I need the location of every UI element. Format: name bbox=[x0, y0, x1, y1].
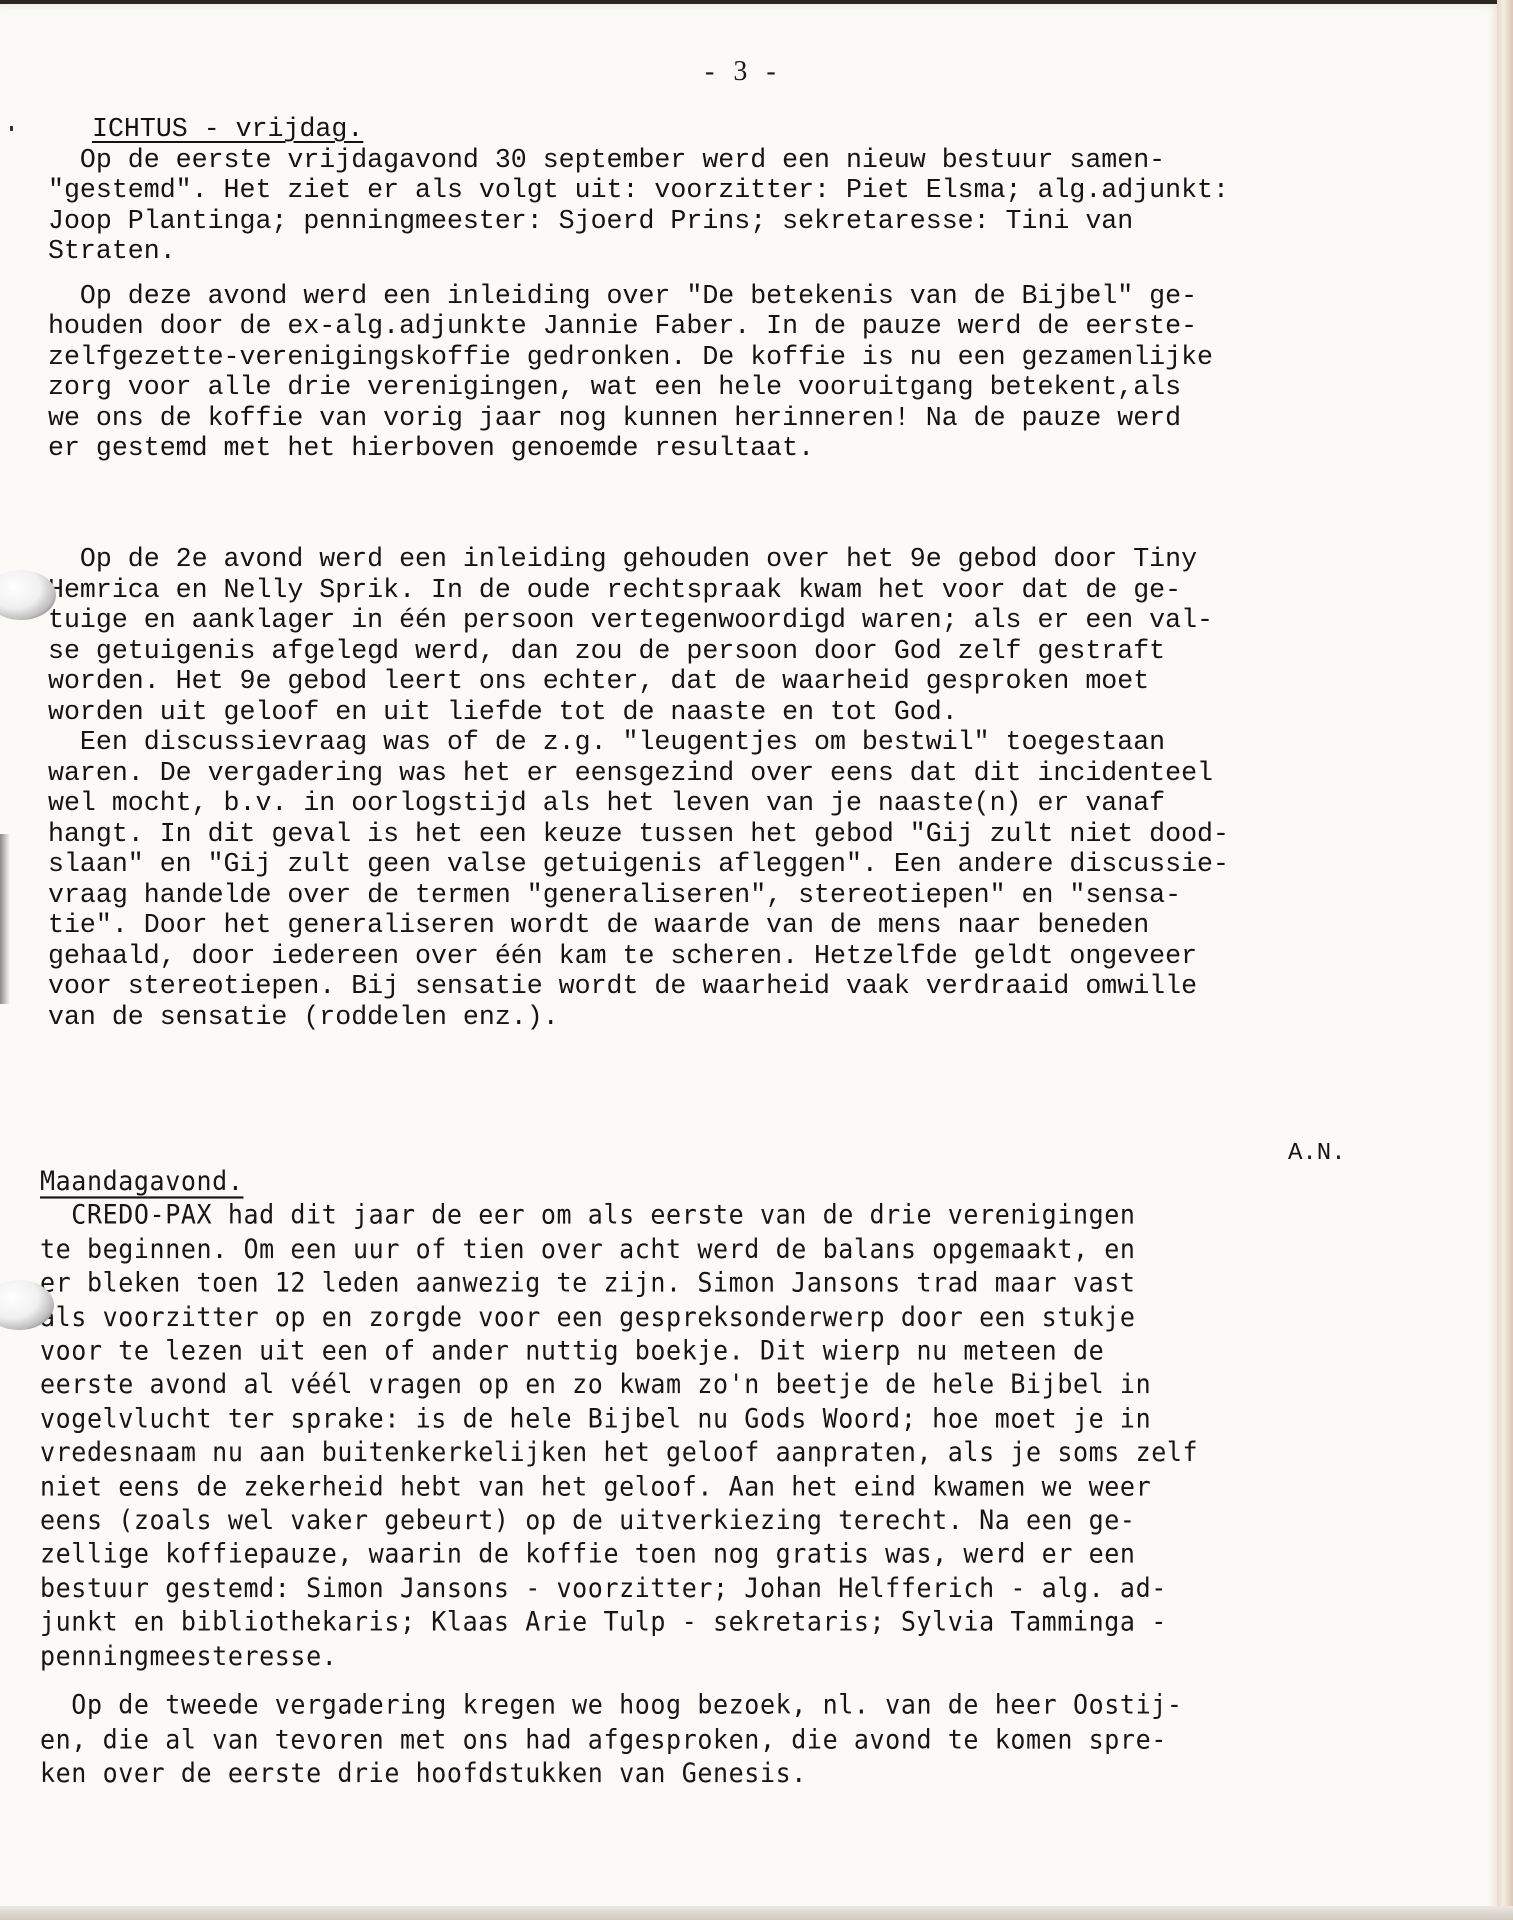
paragraph-credo-pax: CREDO-PAX had dit jaar de eer om als eer… bbox=[40, 1199, 1198, 1671]
paragraph-9e-gebod: Op de 2e avond werd een inleiding gehoud… bbox=[48, 544, 1213, 727]
paragraph-tweede-vergadering: Op de tweede vergadering kregen we hoog … bbox=[40, 1689, 1183, 1788]
section-heading-maandagavond: Maandagavond. bbox=[40, 1165, 243, 1196]
page-edge bbox=[1497, 0, 1513, 1920]
binding-shadow bbox=[0, 834, 10, 1004]
document-page: - 3 - ICHTUS - vrijdag. Op de eerste vri… bbox=[0, 4, 1500, 1914]
section-ichtus-continued: Op de 2e avond werd een inleiding gehoud… bbox=[48, 544, 1229, 1032]
page-number: - 3 - bbox=[705, 56, 782, 88]
section-heading-ichtus: ICHTUS - vrijdag. bbox=[92, 114, 363, 144]
section-maandagavond: Maandagavond. CREDO-PAX had dit jaar de … bbox=[40, 1164, 1198, 1790]
section-ichtus: ICHTUS - vrijdag. Op de eerste vrijdagav… bbox=[48, 114, 1229, 464]
margin-mark bbox=[10, 126, 13, 131]
signature: A.N. bbox=[1288, 1140, 1346, 1167]
paragraph-discussie: Een discussievraag was of de z.g. "leuge… bbox=[48, 727, 1229, 1032]
paragraph-inleiding: Op deze avond werd een inleiding over "D… bbox=[48, 281, 1213, 464]
paragraph-bestuur: Op de eerste vrijdagavond 30 september w… bbox=[48, 145, 1229, 267]
page-bottom-edge bbox=[0, 1906, 1513, 1920]
